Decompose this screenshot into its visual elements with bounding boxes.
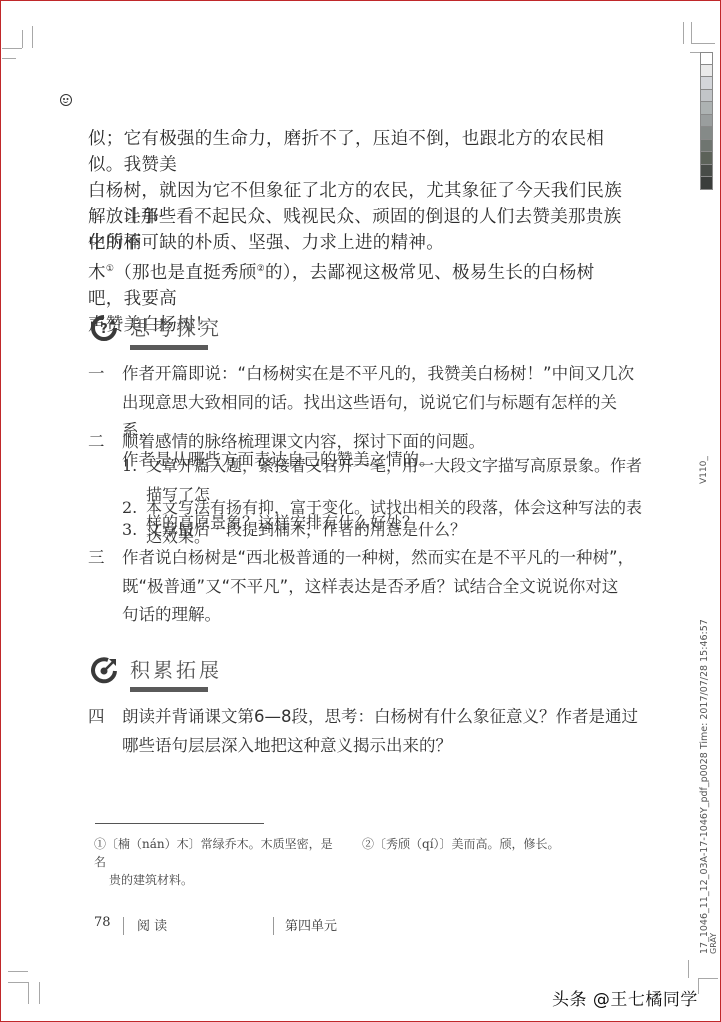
crop-mark [32, 26, 33, 48]
grayscale-swatch [700, 115, 713, 128]
question-3: 三 作者说白杨树是“西北极普通的一种树，然而实在是不平凡的一种树”， 既“极普通… [88, 544, 648, 630]
text-span: （那也是直挺秀颀 [114, 263, 256, 283]
section-title: 积累拓展 [130, 654, 222, 683]
text-line: 句话的理解。 [122, 601, 648, 630]
print-mark-text: V110_ [699, 456, 709, 484]
print-mark-text: GRAY [709, 933, 718, 954]
section-underline [130, 687, 208, 692]
crop-mark [698, 978, 699, 994]
question-4: 四 朗读并背诵课文第6—8段，思考：白杨树有什么象征意义？作者是通过 哪些语句层… [88, 703, 648, 760]
crop-mark [28, 982, 29, 1004]
footnote-divider [95, 823, 264, 824]
footnote-text: 〔秀颀（qí）〕美而高。颀，修长。 [374, 837, 560, 851]
crop-mark [2, 48, 22, 49]
sub-question-number: 1. [122, 452, 144, 481]
crop-mark [691, 43, 715, 44]
question-number: 一 [88, 360, 118, 389]
crop-mark [688, 960, 689, 978]
crop-mark [698, 978, 718, 979]
footnote-text: 贵的建筑材料。 [94, 871, 344, 889]
text-line: 似；它有极强的生命力，磨折不了，压迫不倒，也跟北方的农民相似。我赞美 [88, 126, 624, 178]
text-line: 朗读并背诵课文第6—8段，思考：白杨树有什么象征意义？作者是通过 [122, 703, 648, 732]
sub-question-number: 3. [122, 516, 144, 545]
grayscale-swatch [700, 152, 713, 165]
question-cycle-icon: ? [90, 314, 118, 342]
footer-section-label: 阅 读 [137, 915, 167, 934]
grayscale-swatch [700, 65, 713, 78]
text-span: 木 [88, 263, 106, 283]
text-line: 让那些看不起民众、贱视民众、顽固的倒退的人们去赞美那贵族化的楠 [88, 204, 624, 256]
grayscale-swatch [700, 90, 713, 103]
grayscale-swatch [700, 177, 713, 190]
crop-mark [8, 982, 28, 983]
crop-mark [8, 971, 28, 972]
sub-question-3: 3. 文章最后一段提到楠木，作者的用意是什么？ [122, 516, 642, 545]
text-line: 文章最后一段提到楠木，作者的用意是什么？ [146, 516, 642, 545]
footnote-mark: ② [362, 837, 374, 851]
text-line: 木①（那也是直挺秀颀②的），去鄙视这极常见、极易生长的白杨树吧，我要高 [88, 256, 624, 312]
page-number: 78 [94, 915, 111, 930]
question-number: 四 [88, 703, 118, 732]
watermark: 头条 @王七橘同学 [552, 985, 698, 1010]
accumulate-arrow-icon [90, 656, 118, 684]
print-mark-text: 17_1046_11_12_03A-17-1046Y_pdf_p0028 Tim… [699, 619, 710, 954]
grayscale-swatch [700, 52, 713, 65]
section-underline [130, 345, 208, 350]
text-line: 作者开篇即说：“白杨树实在是不平凡的，我赞美白杨树！”中间又几次 [122, 360, 648, 389]
crop-mark [683, 22, 684, 44]
crop-mark [39, 982, 40, 1004]
grayscale-swatch [700, 77, 713, 90]
question-number: 二 [88, 428, 118, 457]
footnote-marker[interactable]: ① [106, 264, 114, 274]
question-number: 三 [88, 544, 118, 573]
svg-text:?: ? [100, 322, 108, 337]
smiley-icon [60, 94, 72, 106]
footnote-marker[interactable]: ② [257, 264, 265, 274]
footer-separator [273, 917, 274, 935]
grayscale-swatch [700, 165, 713, 178]
footnote-1: ①〔楠（nán）木〕常绿乔木。木质坚密，是名 贵的建筑材料。 [94, 835, 344, 889]
section-title: 思考探究 [130, 312, 222, 341]
text-line: 作者说白杨树是“西北极普通的一种树，然而实在是不平凡的一种树”， [122, 544, 648, 573]
grayscale-swatch [700, 102, 713, 115]
grayscale-swatch [700, 127, 713, 140]
footer-separator [123, 917, 124, 935]
crop-mark [22, 30, 23, 48]
crop-mark [691, 22, 692, 44]
crop-mark [2, 58, 16, 59]
grayscale-calibration-strip [700, 52, 713, 190]
grayscale-swatch [700, 140, 713, 153]
footnote-mark: ① [94, 837, 106, 851]
footnote-2: ②〔秀颀（qí）〕美而高。颀，修长。 [362, 835, 602, 853]
text-line: 既“极普通”又“不平凡”，这样表达是否矛盾？试结合全文说说你对这 [122, 573, 648, 602]
text-line: 哪些语句层层深入地把这种意义揭示出来的？ [122, 732, 648, 761]
footer-unit-label: 第四单元 [285, 915, 337, 934]
footnote-text: 〔楠（nán）木〕常绿乔木。木质坚密，是名 [94, 837, 333, 869]
